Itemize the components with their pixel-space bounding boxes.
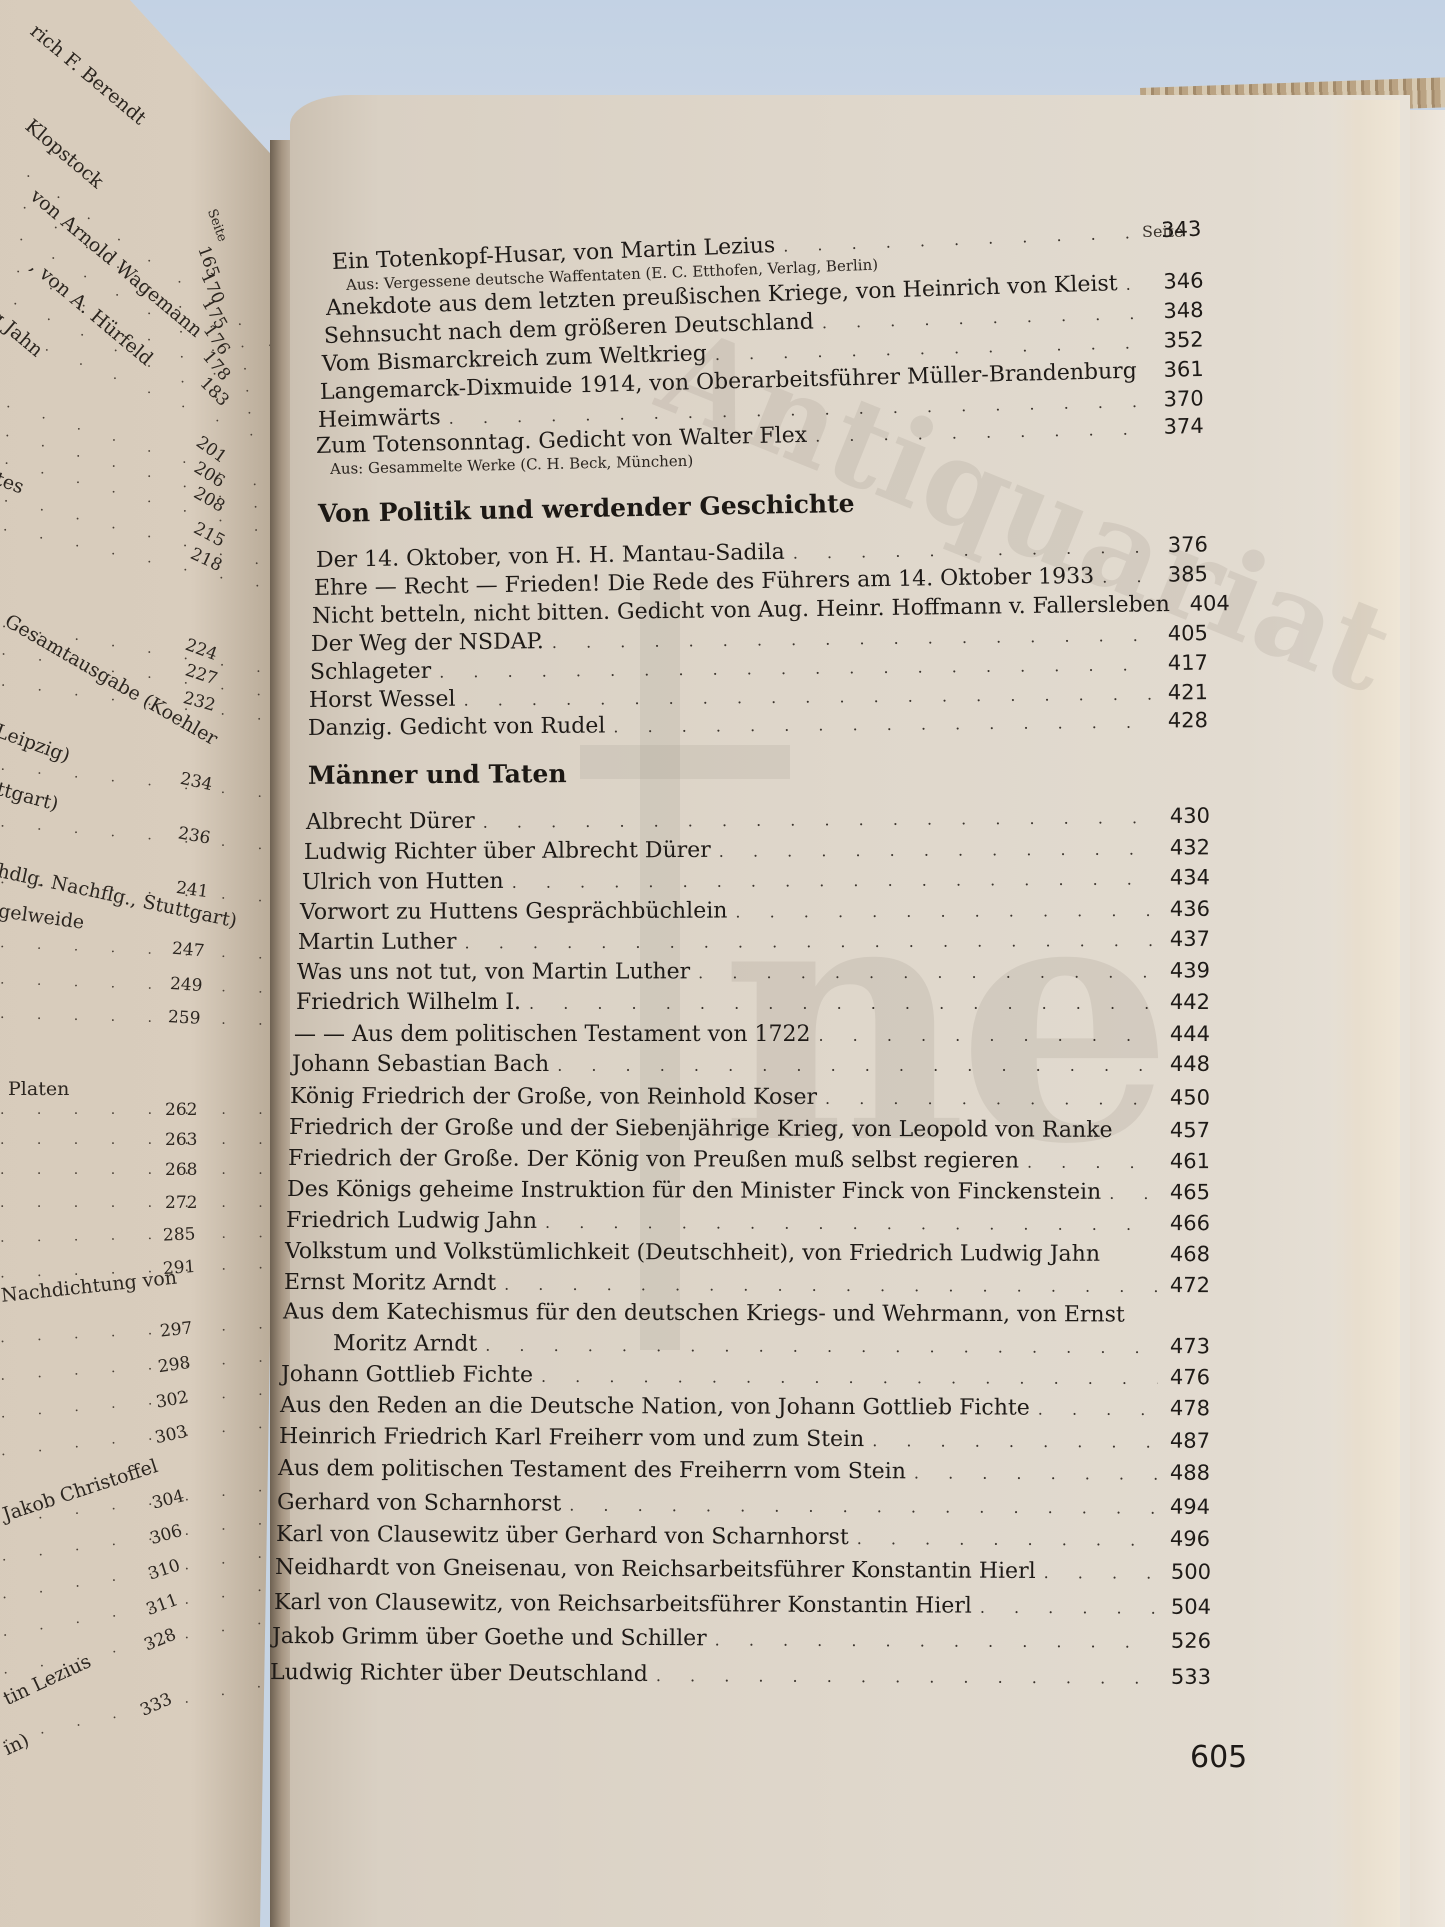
toc-entry-page: 370 — [1159, 386, 1204, 411]
leader-dots — [857, 1529, 1158, 1550]
toc-entry: Ernst Moritz Arndt472 — [284, 1270, 1210, 1301]
toc-entry-title: Friedrich der Große und der Siebenjährig… — [289, 1115, 1113, 1143]
toc-entry: Friedrich der Große. Der König von Preuß… — [288, 1146, 1210, 1177]
toc-entry-page: 352 — [1159, 327, 1204, 352]
toc-entry-page: 421 — [1164, 680, 1208, 704]
toc-entry-title: Horst Wessel — [309, 687, 456, 713]
toc-entry-title: — — Aus dem politischen Testament von 17… — [294, 1022, 810, 1047]
toc-entry: Karl von Clausewitz über Gerhard von Sch… — [276, 1522, 1210, 1555]
toc-entry-page: 473 — [1166, 1334, 1210, 1358]
toc-entry: Volkstum und Volkstümlichkeit (Deutschhe… — [285, 1239, 1210, 1270]
toc-entry: — — Aus dem politischen Testament von 17… — [294, 1022, 1210, 1050]
leader-dots — [698, 962, 1158, 982]
toc-entry-title: Aus dem politischen Testament des Freihe… — [278, 1456, 906, 1484]
leader-dots — [715, 1630, 1159, 1651]
toc-entry: Aus dem politischen Testament des Freihe… — [278, 1456, 1210, 1489]
toc-entry-title: Was uns not tut, von Martin Luther — [297, 959, 690, 985]
toc-entry-page: 376 — [1164, 532, 1208, 557]
toc-entry: Ludwig Richter über Deutschland533 — [270, 1660, 1211, 1693]
page-number: 605 — [1190, 1740, 1247, 1775]
toc-entry-page: 361 — [1159, 357, 1204, 382]
leader-dots — [529, 994, 1158, 1013]
leader-dots — [719, 840, 1158, 861]
section-heading: Männer und Taten — [308, 759, 567, 790]
toc-entry-title: Neidhardt von Gneisenau, von Reichsarbei… — [275, 1555, 1036, 1584]
leader-dots — [1125, 274, 1152, 294]
leader-dots — [557, 1056, 1158, 1075]
leader-dots — [463, 685, 1156, 710]
toc-entry-page: 348 — [1159, 298, 1204, 323]
leader-dots — [1038, 1400, 1158, 1419]
toc-entry: Vorwort zu Huttens Gesprächbüchlein436 — [300, 897, 1210, 928]
toc-entry-page: 385 — [1164, 562, 1208, 587]
toc-entry: Johann Gottlieb Fichte476 — [281, 1362, 1210, 1393]
toc-entry: Albrecht Dürer430 — [306, 804, 1210, 838]
toc-entry-page: 461 — [1166, 1149, 1210, 1173]
toc-entry-title: Schlageter — [310, 659, 431, 685]
toc-entry-page: 533 — [1167, 1665, 1211, 1689]
toc-entry: Moritz Arndt473 — [283, 1331, 1210, 1362]
leader-dots — [512, 870, 1158, 892]
toc-entry: Johann Sebastian Bach448 — [292, 1052, 1210, 1080]
toc-entry-page: 468 — [1166, 1242, 1210, 1266]
leader-dots — [1044, 1563, 1159, 1583]
toc-entry-page: 405 — [1164, 621, 1208, 646]
toc-entry-page: 432 — [1166, 835, 1210, 859]
leader-dots — [793, 537, 1156, 562]
leader-dots — [656, 1666, 1159, 1688]
leader-dots — [825, 1089, 1158, 1109]
toc-entry: Friedrich Wilhelm I.442 — [296, 990, 1210, 1018]
toc-entry-title: König Friedrich der Große, von Reinhold … — [290, 1084, 817, 1110]
toc-entry-page: 465 — [1166, 1180, 1210, 1204]
toc-entry-title: Ulrich von Hutten — [302, 869, 504, 895]
toc-entry-page: 500 — [1167, 1560, 1211, 1584]
toc-entry-page: 476 — [1166, 1365, 1210, 1389]
toc-entry: Des Königs geheime Instruktion für den M… — [287, 1177, 1210, 1208]
toc-entry-title: Heimwärts — [318, 405, 441, 433]
toc-entry: Gerhard von Scharnhorst494 — [277, 1490, 1210, 1523]
toc-entry-page: 526 — [1167, 1629, 1211, 1653]
leader-dots — [613, 713, 1156, 737]
leader-dots — [1027, 1153, 1158, 1172]
toc-entry-title: Moritz Arndt — [283, 1331, 477, 1357]
toc-entry-page: 434 — [1166, 865, 1210, 889]
toc-entry-page: 374 — [1159, 414, 1204, 439]
toc-entry-title: Volkstum und Volkstümlichkeit (Deutschhe… — [285, 1239, 1100, 1267]
toc-entry: Ludwig Richter über Albrecht Dürer432 — [304, 835, 1210, 868]
leader-dots — [504, 1275, 1158, 1296]
leader-dots — [914, 1463, 1158, 1483]
toc-entry-title: Ernst Moritz Arndt — [284, 1270, 496, 1296]
toc-entry-title: Aus den Reden an die Deutsche Nation, vo… — [280, 1393, 1030, 1421]
toc-entry: Neidhardt von Gneisenau, von Reichsarbei… — [275, 1555, 1211, 1588]
toc-entry: Heinrich Friedrich Karl Freiherr vom und… — [279, 1424, 1210, 1457]
leader-dots — [545, 1213, 1158, 1234]
toc-entry-page: 457 — [1166, 1118, 1210, 1142]
table-of-contents: Seite 605 Ein Totenkopf-Husar, von Marti… — [0, 0, 1445, 1927]
toc-entry: Karl von Clausewitz, von Reichsarbeitsfü… — [274, 1590, 1211, 1623]
toc-entry-page: 466 — [1166, 1211, 1210, 1235]
leader-dots — [818, 1026, 1158, 1045]
leader-dots — [541, 1367, 1158, 1388]
toc-entry-title: Martin Luther — [298, 929, 457, 955]
toc-entry-page: 448 — [1166, 1052, 1210, 1076]
toc-entry: Friedrich der Große und der Siebenjährig… — [289, 1115, 1210, 1146]
leader-dots — [1109, 1184, 1158, 1203]
leader-dots — [483, 808, 1158, 832]
toc-entry-title: Der Weg der NSDAP. — [311, 629, 544, 657]
toc-entry-page: 504 — [1167, 1595, 1211, 1619]
leader-dots — [815, 419, 1152, 446]
toc-entry-page: 494 — [1166, 1495, 1210, 1519]
leader-dots — [464, 931, 1158, 952]
leader-dots — [569, 1496, 1158, 1518]
leader-dots — [1102, 567, 1156, 587]
toc-entry-page: 472 — [1166, 1273, 1210, 1297]
toc-entry-page: 496 — [1166, 1527, 1210, 1551]
toc-entry-page: 343 — [1157, 217, 1202, 243]
toc-entry-page: 428 — [1164, 708, 1208, 732]
toc-entry-title: Karl von Clausewitz über Gerhard von Sch… — [276, 1522, 849, 1550]
leader-dots — [822, 303, 1152, 332]
toc-entry: König Friedrich der Große, von Reinhold … — [290, 1084, 1210, 1114]
toc-entry-page: 437 — [1166, 927, 1210, 951]
leader-dots — [735, 901, 1158, 921]
toc-entry: Martin Luther437 — [298, 927, 1210, 958]
toc-entry-title: Jakob Grimm über Goethe und Schiller — [272, 1624, 707, 1651]
leader-dots — [872, 1431, 1158, 1451]
toc-entry-page: 450 — [1166, 1086, 1210, 1110]
toc-entry-title: Karl von Clausewitz, von Reichsarbeitsfü… — [274, 1590, 972, 1619]
toc-entry-page: 436 — [1166, 897, 1210, 921]
toc-entry-page: 430 — [1166, 804, 1210, 828]
leader-dots — [783, 223, 1150, 256]
toc-entry-title: Vorwort zu Huttens Gesprächbüchlein — [300, 899, 728, 925]
toc-entry: Ulrich von Hutten434 — [302, 865, 1210, 898]
toc-entry-title: Ludwig Richter über Deutschland — [270, 1660, 648, 1687]
toc-entry-title: Der 14. Oktober, von H. H. Mantau-Sadila — [316, 540, 785, 573]
toc-entry-title: Friedrich Ludwig Jahn — [286, 1208, 537, 1234]
toc-entry: Aus den Reden an die Deutsche Nation, vo… — [280, 1393, 1210, 1424]
leader-dots — [485, 1336, 1158, 1357]
toc-entry-page: 442 — [1166, 990, 1210, 1014]
toc-entry-title: Danzig. Gedicht von Rudel — [308, 713, 606, 741]
toc-entry-title: Friedrich Wilhelm I. — [296, 990, 521, 1015]
toc-entry-page: 417 — [1164, 651, 1208, 675]
toc-entry: Jakob Grimm über Goethe und Schiller526 — [272, 1624, 1211, 1657]
toc-entry-title: Des Königs geheime Instruktion für den M… — [287, 1177, 1101, 1205]
toc-entry-title: Johann Sebastian Bach — [292, 1052, 549, 1077]
toc-entry-page: 439 — [1166, 958, 1210, 982]
toc-entry-page: 487 — [1166, 1429, 1210, 1453]
toc-entry-page: 444 — [1166, 1022, 1210, 1046]
toc-entry-page: 478 — [1166, 1396, 1210, 1420]
toc-entry: Friedrich Ludwig Jahn466 — [286, 1208, 1210, 1239]
toc-entry-title: Friedrich der Große. Der König von Preuß… — [288, 1146, 1019, 1174]
toc-entry-title: Gerhard von Scharnhorst — [277, 1490, 561, 1516]
toc-entry-title: Ludwig Richter über Albrecht Dürer — [304, 838, 711, 865]
toc-entry-page: 488 — [1166, 1461, 1210, 1485]
toc-entry-title: Johann Gottlieb Fichte — [281, 1362, 533, 1388]
toc-entry: Was uns not tut, von Martin Luther439 — [297, 958, 1210, 988]
toc-entry-title: Heinrich Friedrich Karl Freiherr vom und… — [279, 1424, 864, 1452]
section-heading: Von Politik und werdender Geschichte — [318, 489, 855, 528]
toc-entry-title: Albrecht Dürer — [306, 809, 475, 835]
toc-entry-page: 404 — [1186, 591, 1230, 616]
leader-dots — [439, 655, 1156, 682]
leader-dots — [552, 626, 1156, 652]
toc-entry-page: 346 — [1159, 268, 1204, 293]
leader-dots — [980, 1598, 1159, 1618]
toc-entry-title-line1: Aus dem Katechismus für den deutschen Kr… — [283, 1300, 1125, 1328]
